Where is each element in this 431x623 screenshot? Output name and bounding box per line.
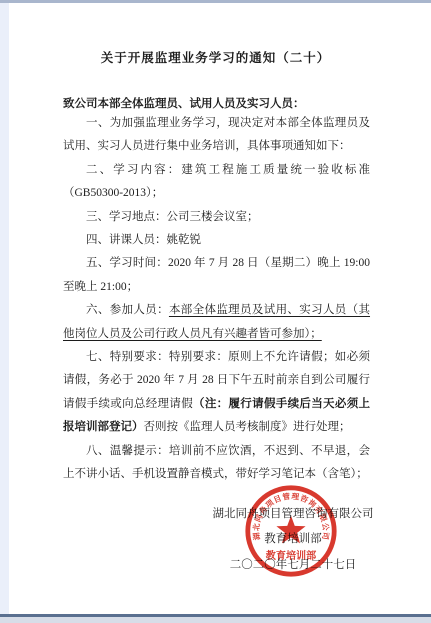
document-page: 关于开展监理业务学习的通知（二十） 致公司本部全体监理员、试用人员及实习人员： …	[0, 0, 431, 623]
paragraph-segment: 一、为加强监理业务学习，现决定对本部全体监理员及试用、实习人员进行集中业务培训，…	[63, 117, 370, 152]
signature-company: 湖北同舟项目管理咨询有限公司	[155, 502, 431, 527]
notice-paragraph: 八、温馨提示：培训前不应饮酒，不迟到、不早退，会上不讲小话、手机设置静音模式，带…	[63, 440, 370, 487]
window-bottom-shade	[0, 617, 431, 623]
salutation-line: 致公司本部全体监理员、试用人员及实习人员：	[63, 95, 376, 111]
paragraph-segment: 八、温馨提示：培训前不应饮酒，不迟到、不早退，会上不讲小话、手机设置静音模式，带…	[63, 445, 370, 480]
notice-paragraph: 三、学习地点：公司三楼会议室；	[63, 206, 370, 229]
signature-date: 二〇二〇年七月二十七日	[155, 553, 431, 578]
notice-paragraph: 七、特别要求：特别要求：原则上不允许请假；如必须请假，务必于 2020 年 7 …	[63, 346, 370, 440]
scanned-notice-screenshot: 关于开展监理业务学习的通知（二十） 致公司本部全体监理员、试用人员及实习人员： …	[0, 0, 431, 623]
paragraph-segment: 三、学习地点：公司三楼会议室；	[86, 211, 259, 223]
paragraph-segment: 五、学习时间：2020 年 7 月 28 日（星期二）晚上 19:00 至晚上 …	[63, 257, 370, 292]
notice-paragraph: 四、讲课人员：姚乾锐	[63, 229, 370, 252]
paragraph-segment: 否则按《监理人员考核制度》进行处理；	[144, 421, 351, 433]
signature-department: 教育培训部	[155, 527, 431, 552]
paragraph-segment: 二、学习内容：建筑工程施工质量统一验收标准（GB50300-2013）；	[63, 164, 370, 199]
notice-paragraph: 五、学习时间：2020 年 7 月 28 日（星期二）晚上 19:00 至晚上 …	[63, 252, 370, 299]
paragraph-segment: 四、讲课人员：姚乾锐	[86, 234, 201, 246]
notice-title: 关于开展监理业务学习的通知（二十）	[0, 48, 431, 66]
notice-paragraph: 一、为加强监理业务学习，现决定对本部全体监理员及试用、实习人员进行集中业务培训，…	[63, 112, 370, 159]
notice-body: 一、为加强监理业务学习，现决定对本部全体监理员及试用、实习人员进行集中业务培训，…	[63, 112, 370, 487]
notice-paragraph: 六、参加人员：本部全体监理员及试用、实习人员（其他岗位人员及公司行政人员凡有兴趣…	[63, 299, 370, 346]
notice-paragraph: 二、学习内容：建筑工程施工质量统一验收标准（GB50300-2013）；	[63, 159, 370, 206]
signature-block: 湖北同舟项目管理咨询有限公司 教育培训部 二〇二〇年七月二十七日	[155, 502, 431, 578]
paragraph-segment: 六、参加人员：	[86, 304, 169, 316]
